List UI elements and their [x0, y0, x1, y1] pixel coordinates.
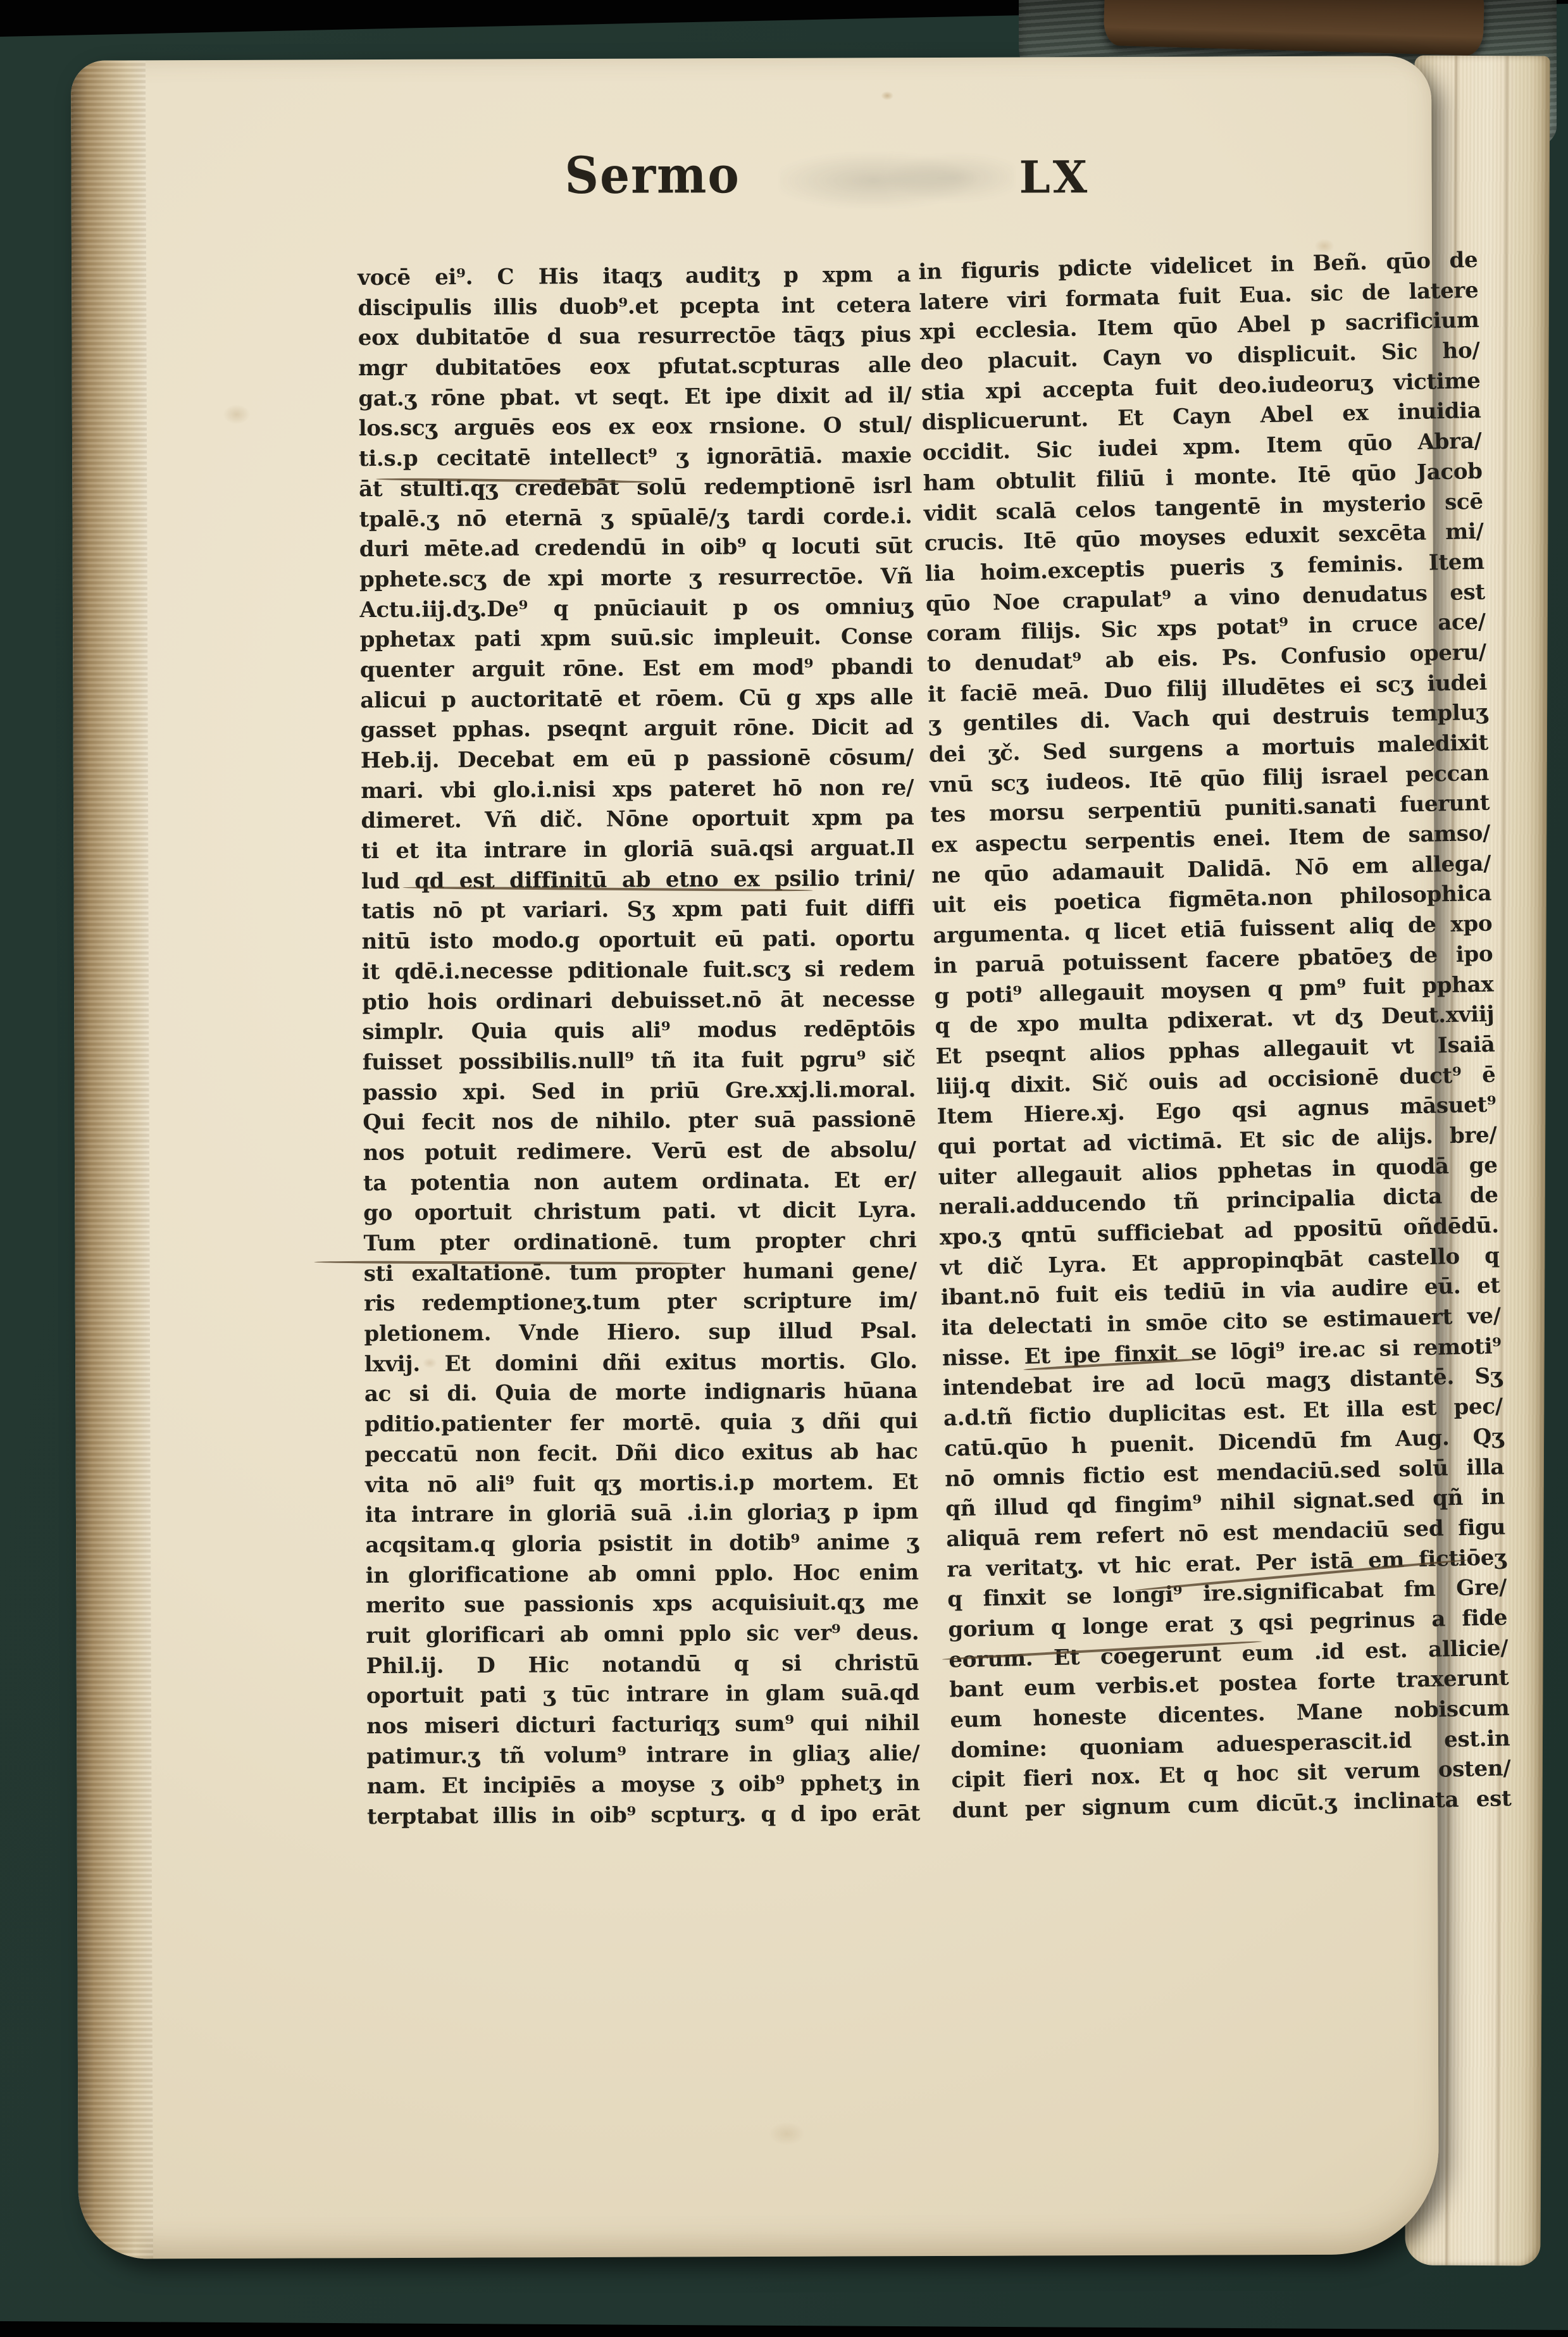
book-photo: Sermo LX vocē ei⁹. C His itaqʒ auditʒ p … [0, 0, 1568, 2337]
text-line: peccatū non fecit. Dñi dico exitus ab ha… [364, 1437, 918, 1471]
text-line: ptio hois ordinari debuisset.nō āt neces… [362, 984, 915, 1018]
text-line: pphetax pati xpm suū.sic impleuit. Conse [360, 622, 913, 656]
text-line: in glorificatione ab omni pplo. Hoc enim [366, 1557, 919, 1591]
text-line: Actu.iij.dʒ.De⁹ q pnūciauit p os omniuʒ [359, 592, 912, 625]
text-line: los.scʒ arguēs eos ex eox rnsione. O stu… [359, 411, 912, 444]
book-page: Sermo LX vocē ei⁹. C His itaqʒ auditʒ p … [71, 56, 1439, 2259]
text-line: it qdē.i.necesse pditionale fuit.scʒ si … [362, 954, 915, 988]
text-line: vita nō ali⁹ fuit qʒ mortis.i.p mortem. … [365, 1467, 918, 1500]
text-line: nos miseri dicturi facturiqʒ sum⁹ qui ni… [366, 1709, 919, 1742]
running-header-title: Sermo [564, 146, 740, 206]
text-line: āt stulti.qʒ credebāt solū redemptionē i… [359, 471, 912, 505]
text-line: tpalē.ʒ nō eternā ʒ spūalē/ʒ tardi corde… [359, 501, 912, 535]
text-line: tatis nō pt variari. Sʒ xpm pati fuit di… [361, 894, 914, 927]
text-line: nitū isto modo.g oportuit eū pati. oport… [361, 924, 914, 957]
text-line: Heb.ij. Decebat em eū p passionē cōsum/ [361, 743, 914, 776]
text-line: mgr dubitatōes eox pfutat.scpturas alle [358, 351, 911, 384]
text-line: lxvij. Et domini dñi exitus mortis. Glo. [364, 1347, 918, 1380]
text-line: Phil.ij. D Hic notandū q si christū [366, 1648, 919, 1681]
text-line: simplr. Quia quis ali⁹ modus redēptōis [362, 1014, 915, 1048]
text-line: pditio.patienter fer mortē. quia ʒ dñi q… [364, 1407, 918, 1440]
text-line: pletionem. Vnde Hiero. sup illud Psal. [364, 1316, 917, 1350]
text-line: terptabat illis in oib⁹ scpturʒ. q d ipo… [367, 1799, 920, 1833]
folio-number: LX [1019, 151, 1090, 203]
text-column-right: in figuris pdicte videlicet in Beñ. qūo … [918, 246, 1512, 1826]
text-line: ruit glorificari ab omni pplo sic ver⁹ d… [366, 1618, 919, 1652]
text-column-left: vocē ei⁹. C His itaqʒ auditʒ p xpm adisc… [358, 260, 920, 1833]
text-line: ita intrare in gloriā suā .i.in gloriaʒ … [365, 1497, 918, 1531]
text-line: oportuit pati ʒ tūc intrare in glam suā.… [366, 1678, 919, 1712]
ink-bleedthrough-smudge [780, 153, 1014, 209]
text-line: vocē ei⁹. C His itaqʒ auditʒ p xpm a [358, 260, 911, 294]
text-line: gasset pphas. pseqnt arguit rōne. Dicit … [360, 713, 913, 746]
text-line: ta potentia non autem ordinata. Et er/ [363, 1165, 916, 1199]
text-line: patimur.ʒ tñ volum⁹ intrare in gliaʒ ali… [366, 1738, 919, 1772]
text-line: pphete.scʒ de xpi morte ʒ resurrectōe. V… [359, 562, 912, 595]
text-line: Tum pter ordinationē. tum propter chri [363, 1226, 916, 1259]
text-line: fuisset possibilis.null⁹ tñ ita fuit pgr… [363, 1045, 916, 1078]
text-line: alicui p auctoritatē et rōem. Cū g xps a… [360, 682, 913, 716]
text-line: ti.s.p cecitatē intellect⁹ ʒ ignorātiā. … [359, 441, 912, 475]
text-line: nam. Et incipiēs a moyse ʒ oib⁹ pphetʒ i… [367, 1769, 920, 1802]
text-line: eox dubitatōe d sua resurrectōe tāqʒ piu… [358, 320, 911, 354]
text-line: Qui fecit nos de nihilo. pter suā passio… [363, 1105, 916, 1138]
text-line: passio xpi. Sed in priū Gre.xxj.li.moral… [363, 1075, 916, 1108]
text-line: ac si di. Quia de morte indignaris hūana [364, 1376, 918, 1410]
text-line: mari. vbi glo.i.nisi xps pateret hō non … [361, 773, 914, 807]
text-line: dimeret. Vñ dič. Nōne oportuit xpm pa [361, 803, 914, 837]
text-line: duri mēte.ad credendū in oib⁹ q locuti s… [359, 532, 912, 565]
text-line: quenter arguit rōne. Est em mod⁹ pbandi [360, 652, 913, 686]
text-line: ris redemptioneʒ.tum pter scripture im/ [364, 1286, 917, 1319]
text-line: lud qd est diffinitū ab etno ex psilio t… [361, 864, 914, 897]
text-line: ti et ita intrare in gloriā suā.qsi argu… [361, 833, 914, 867]
text-line: nos potuit redimere. Verū est de absolu/ [363, 1135, 916, 1169]
text-line: acqsitam.q gloria psistit in dotib⁹ anim… [365, 1528, 918, 1561]
text-line: gat.ʒ rōne pbat. vt seqt. Et ipe dixit a… [358, 381, 911, 414]
text-line: go oportuit christum pati. vt dicit Lyra… [363, 1195, 916, 1229]
text-line: discipulis illis duob⁹.et pcepta int cet… [358, 290, 911, 324]
gutter-page-edges [71, 60, 153, 2259]
text-line: merito sue passionis xps acquisiuit.qʒ m… [366, 1588, 919, 1621]
